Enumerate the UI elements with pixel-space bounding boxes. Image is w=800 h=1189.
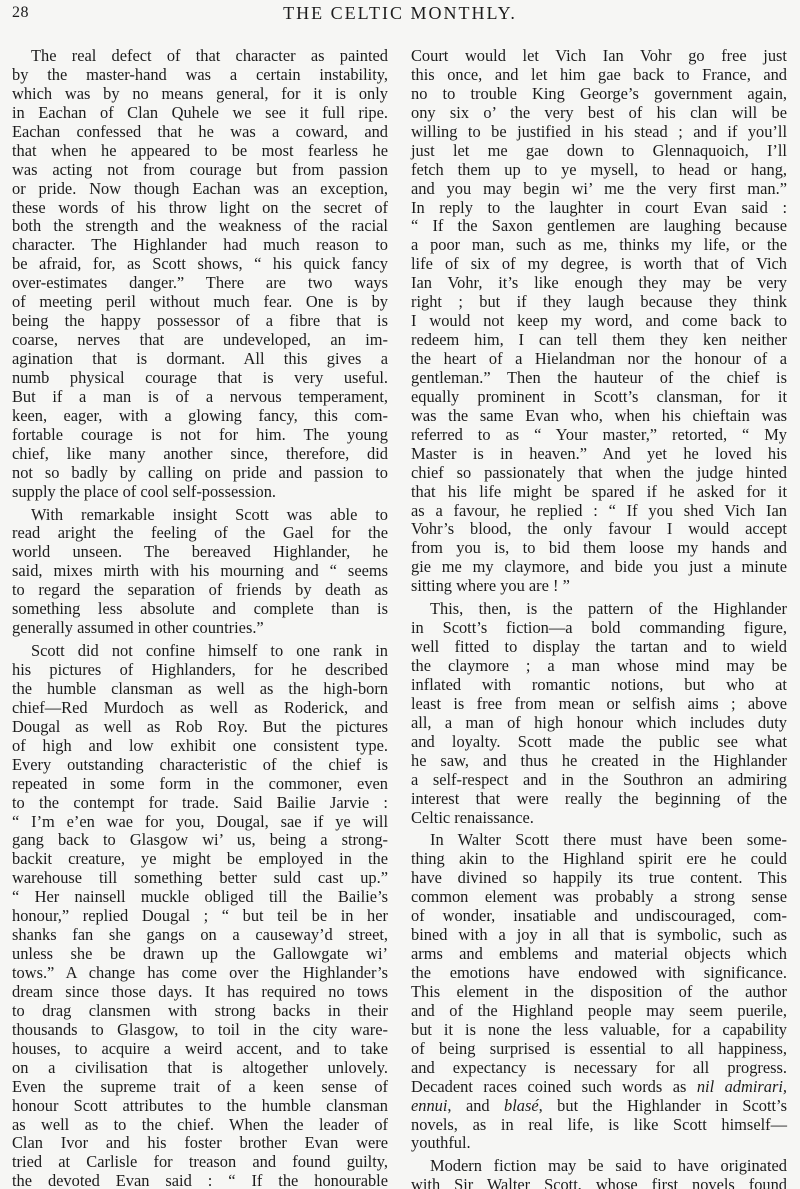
text-line: unless she be drawn up the Gallowgate wi… — [12, 945, 388, 964]
text-line: This element in the disposition of the a… — [411, 983, 787, 1002]
left-column: The real defect of that character as pai… — [12, 47, 388, 1189]
text-line: interest that were really the beginning … — [411, 790, 787, 809]
text-line: and of the Highland people may seem puer… — [411, 1002, 787, 1021]
text-line: over-estimates danger.” There are two wa… — [12, 274, 388, 293]
text-line: shanks fan she gangs on a causeway’d str… — [12, 926, 388, 945]
text-line: with Sir Walter Scott, whose first novel… — [411, 1176, 787, 1189]
text-line: The real defect of that character as pai… — [12, 47, 388, 66]
text-line: and expectancy is necessary for all prog… — [411, 1059, 787, 1078]
text-line: to regard the separation of friends by d… — [12, 581, 388, 600]
text-line: agination that is dormant. All this give… — [12, 350, 388, 369]
text-line: fortable courage is not for him. The you… — [12, 426, 388, 445]
text-line: novels, as in real life, is like Scott h… — [411, 1116, 787, 1135]
text-line: honour,” replied Dougal ; “ but teil be … — [12, 907, 388, 926]
text-line: But if a man is of a nervous temperament… — [12, 388, 388, 407]
text-line: Celtic renaissance. — [411, 809, 787, 828]
text-line: gie me my claymore, and bide you just a … — [411, 558, 787, 577]
text-line: these words of his throw light on the se… — [12, 199, 388, 218]
text-line: backit creature, ye might be employed in… — [12, 850, 388, 869]
text-line: ony six o’ the very best of his clan wil… — [411, 104, 787, 123]
text-line: keen, eager, with a glowing fancy, this … — [12, 407, 388, 426]
text-line: fetch them up to ye mysell, to head or h… — [411, 161, 787, 180]
text-line: “ I’m e’en wae for you, Dougal, sae if y… — [12, 813, 388, 832]
text-line: of wonder, insatiable and undiscouraged,… — [411, 907, 787, 926]
text-line: arms and emblems and material objects wh… — [411, 945, 787, 964]
text-line: all, a man of high honour which includes… — [411, 714, 787, 733]
text-line: that his life might be spared if he aske… — [411, 483, 787, 502]
text-line: thing akin to the Highland spirit ere he… — [411, 850, 787, 869]
text-line: Master is in heaven.” And yet he loved h… — [411, 445, 787, 464]
text-line: repeated in some form in the commoner, e… — [12, 775, 388, 794]
text-line: to drag clansmen with strong backs in th… — [12, 1002, 388, 1021]
text-line: of high and low exhibit one consistent t… — [12, 737, 388, 756]
text-line: In reply to the laughter in court Evan s… — [411, 199, 787, 218]
text-line: of meeting peril without much fear. One … — [12, 293, 388, 312]
text-line: the humble clansman as well as the high-… — [12, 680, 388, 699]
text-line: the claymore ; a man whose mind may be — [411, 657, 787, 676]
text-line: Decadent races coined such words as nil … — [411, 1078, 787, 1097]
text-line: dream since those days. It has required … — [12, 983, 388, 1002]
text-line: referred to as “ Your master,” retorted,… — [411, 426, 787, 445]
text-line: warehouse till something better suld cas… — [12, 869, 388, 888]
text-line: a self-respect and in the Southron an ad… — [411, 771, 787, 790]
text-line: read aright the feeling of the Gael for … — [12, 524, 388, 543]
text-line: of being surprised is essential to all h… — [411, 1040, 787, 1059]
text-line: was the same Evan who, when his chieftai… — [411, 407, 787, 426]
text-line: life of six of my degree, is worth that … — [411, 255, 787, 274]
text-line: was acting not from courage but from pas… — [12, 161, 388, 180]
text-line: ennui, and blasé, but the Highlander in … — [411, 1097, 787, 1116]
text-line: bined with a joy in all that is symbolic… — [411, 926, 787, 945]
right-column: Court would let Vich Ian Vohr go free ju… — [411, 47, 787, 1189]
text-line: which was by no means general, for it is… — [12, 85, 388, 104]
text-line: Scott did not confine himself to one ran… — [12, 642, 388, 661]
text-line: numb physical courage that is very usefu… — [12, 369, 388, 388]
text-line: not so badly by calling on pride and pas… — [12, 464, 388, 483]
text-line: and you may begin wi’ me the very first … — [411, 180, 787, 199]
text-line: in Scott’s fiction—a bold commanding fig… — [411, 619, 787, 638]
text-line: just let me gae down to Glennaquoich, I’… — [411, 142, 787, 161]
text-line: said, mixes mirth with his mourning and … — [12, 562, 388, 581]
text-line: Ian Vohr, it’s like enough they may be v… — [411, 274, 787, 293]
text-line: a poor man, such as me, thinks my life, … — [411, 236, 787, 255]
running-header: 28 THE CELTIC MONTHLY. — [0, 2, 800, 26]
text-line: that when he appeared to be most fearles… — [12, 142, 388, 161]
text-line: the devoted Evan said : “ If the honoura… — [12, 1172, 388, 1189]
text-line: common element was probably a strong sen… — [411, 888, 787, 907]
text-line: to the contempt for trade. Said Bailie J… — [12, 794, 388, 813]
text-line: sitting where you are ! ” — [411, 577, 787, 596]
text-line: as well as to the chief. When the leader… — [12, 1116, 388, 1135]
text-line: coarse, nerves that are undeveloped, an … — [12, 331, 388, 350]
text-line: world unseen. The bereaved Highlander, h… — [12, 543, 388, 562]
text-line: least is free from mean or selfish aims … — [411, 695, 787, 714]
text-line: the emotions have endowed with significa… — [411, 964, 787, 983]
text-line: by the master-hand was a certain instabi… — [12, 66, 388, 85]
text-line: tried at Carlisle for treason and found … — [12, 1153, 388, 1172]
text-line: and loyalty. Scott made the public see w… — [411, 733, 787, 752]
text-line: his pictures of Highlanders, for he desc… — [12, 661, 388, 680]
text-line: on a civilisation that is altogether unl… — [12, 1059, 388, 1078]
text-line: gentleman.” Then the hauteur of the chie… — [411, 369, 787, 388]
text-line: “ If the Saxon gentlemen are laughing be… — [411, 217, 787, 236]
text-line: “ Her nainsell muckle obliged till the B… — [12, 888, 388, 907]
text-line: in Eachan of Clan Quhele we see it full … — [12, 104, 388, 123]
text-line: With remarkable insight Scott was able t… — [12, 506, 388, 525]
text-line: inflated with romantic notions, but who … — [411, 676, 787, 695]
running-title: THE CELTIC MONTHLY. — [0, 3, 800, 24]
text-line: redeem him, I can tell them they ken nei… — [411, 331, 787, 350]
text-line: equally prominent in Scott’s clansman, f… — [411, 388, 787, 407]
text-line: honour Scott attributes to the humble cl… — [12, 1097, 388, 1116]
text-line: chief, like many another since, therefor… — [12, 445, 388, 464]
text-line: This, then, is the pattern of the Highla… — [411, 600, 787, 619]
text-line: youthful. — [411, 1134, 787, 1153]
text-line: this once, and let him gae back to Franc… — [411, 66, 787, 85]
text-line: Eachan confessed that he was a coward, a… — [12, 123, 388, 142]
text-line: both the strength and the weakness of th… — [12, 217, 388, 236]
text-line: have divined so happily its true content… — [411, 869, 787, 888]
text-line: tows.” A change has come over the Highla… — [12, 964, 388, 983]
text-line: something less absolute and complete tha… — [12, 600, 388, 619]
text-line: as a favour, he replied : “ If you shed … — [411, 502, 787, 521]
text-line: generally assumed in other countries.” — [12, 619, 388, 638]
text-line: Modern fiction may be said to have origi… — [411, 1157, 787, 1176]
text-line: well fitted to display the tartan and to… — [411, 638, 787, 657]
text-line: thousands to Glasgow, to toil in the cit… — [12, 1021, 388, 1040]
text-line: being the happy possessor of a fibre tha… — [12, 312, 388, 331]
text-line: character. The Highlander had much reaso… — [12, 236, 388, 255]
text-line: the heart of a Hielandman nor the honour… — [411, 350, 787, 369]
text-line: or pride. Now though Eachan was an excep… — [12, 180, 388, 199]
text-line: chief so passionately that when the judg… — [411, 464, 787, 483]
text-line: willing to be justified in his stead ; a… — [411, 123, 787, 142]
text-line: Vohr’s blood, the only favour I would ac… — [411, 520, 787, 539]
text-line: but it is none the less valuable, for a … — [411, 1021, 787, 1040]
text-line: right ; but if they laugh because they t… — [411, 293, 787, 312]
text-line: Every outstanding characteristic of the … — [12, 756, 388, 775]
text-line: chief—Red Murdoch as well as Roderick, a… — [12, 699, 388, 718]
text-line: Court would let Vich Ian Vohr go free ju… — [411, 47, 787, 66]
text-line: I would not keep my word, and come back … — [411, 312, 787, 331]
text-line: Dougal as well as Rob Roy. But the pictu… — [12, 718, 388, 737]
text-line: Even the supreme trait of a keen sense o… — [12, 1078, 388, 1097]
text-line: no to trouble King George’s government a… — [411, 85, 787, 104]
text-line: In Walter Scott there must have been som… — [411, 831, 787, 850]
text-line: Clan Ivor and his foster brother Evan we… — [12, 1134, 388, 1153]
text-line: be afraid, for, as Scott shows, “ his qu… — [12, 255, 388, 274]
text-line: supply the place of cool self-possession… — [12, 483, 388, 502]
text-line: gang back to Glasgow wi’ us, being a str… — [12, 831, 388, 850]
text-line: houses, to acquire a weird accent, and t… — [12, 1040, 388, 1059]
text-line: he saw, and thus he created in the Highl… — [411, 752, 787, 771]
text-line: from you is, to bid them loose my hands … — [411, 539, 787, 558]
